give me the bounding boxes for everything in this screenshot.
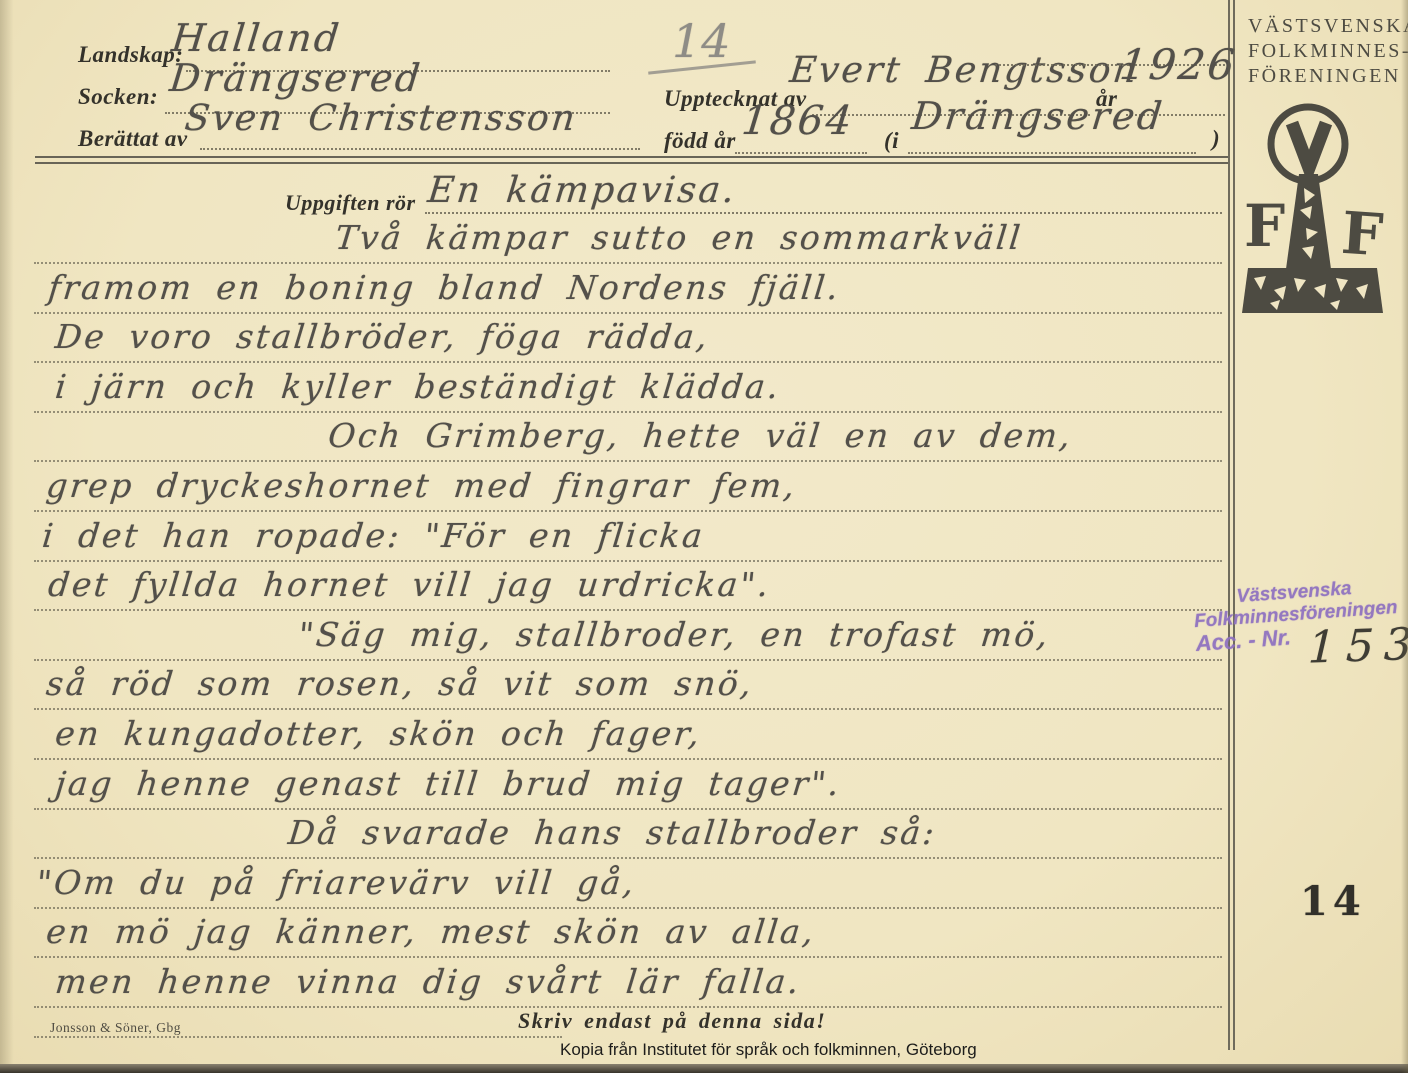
- manuscript-line-6: grep dryckeshornet med fingrar fem,: [43, 466, 798, 514]
- manuscript-line-2: framom en boning bland Nordens fjäll.: [45, 268, 842, 316]
- socken-label: Socken:: [78, 84, 158, 110]
- manuscript-line-14: "Om du på friarevärv vill gå,: [33, 863, 638, 911]
- manuscript-line-9: "Säg mig, stallbroder, en trofast mö,: [295, 615, 1051, 663]
- logo-letter-f-left: F: [1244, 192, 1285, 260]
- society-name-line2: FOLKMINNES-: [1248, 39, 1408, 64]
- fodd-place-open-paren: (i: [884, 128, 899, 154]
- vertical-divider: [1228, 0, 1235, 1050]
- landskap-label: Landskap:: [78, 42, 183, 68]
- society-name-line1: VÄSTSVENSKA: [1248, 14, 1408, 39]
- manuscript-line-11: en kungadotter, skön och fager,: [52, 714, 703, 762]
- fodd-place-value-handwritten: Drängsered: [910, 94, 1167, 138]
- ar-value-handwritten: 1926: [1117, 40, 1239, 89]
- uppgiften-label: Uppgiften rör: [285, 190, 416, 216]
- fodd-label: född år: [664, 128, 736, 154]
- scanned-folklore-record: Landskap: Halland 14 Socken: Drängsered …: [0, 0, 1408, 1073]
- header-divider-double-rule: [35, 156, 1228, 164]
- vff-thors-hammer-logo: F F: [1242, 98, 1384, 318]
- manuscript-line-10: så röd som rosen, så vit som snö,: [43, 664, 755, 712]
- berattat-value-handwritten: Sven Christensson: [183, 98, 579, 139]
- manuscript-line-12: jag henne genast till brud mig tager".: [52, 764, 843, 812]
- manuscript-line-15: en mö jag känner, mest skön av alla,: [43, 912, 817, 960]
- pencil-page-number: 14: [672, 14, 731, 68]
- archive-copy-note: Kopia från Institutet för språk och folk…: [560, 1040, 977, 1060]
- logo-letter-f-right: F: [1339, 199, 1384, 270]
- society-name: VÄSTSVENSKA FOLKMINNES- FÖRENINGEN: [1248, 14, 1408, 89]
- acc-number-handwritten: 1537: [1307, 617, 1408, 673]
- manuscript-line-13: Då svarade hans stallbroder så:: [285, 813, 938, 861]
- scan-bottom-edge: [0, 1064, 1408, 1073]
- berattat-label: Berättat av: [78, 126, 188, 152]
- fodd-place-close-paren: ): [1212, 126, 1220, 152]
- instruction-note: Skriv endast på denna sida!: [518, 1008, 826, 1034]
- manuscript-line-4: i järn och kyller beständigt klädda.: [52, 367, 782, 415]
- page-number-stamp: 14: [1300, 878, 1366, 925]
- manuscript-line-5: Och Grimberg, hette väl en av dem,: [325, 416, 1074, 464]
- fodd-value-handwritten: 1864: [740, 98, 857, 144]
- landskap-value-handwritten: Halland: [170, 16, 344, 60]
- manuscript-line-3: De voro stallbröder, föga rädda,: [52, 317, 711, 365]
- manuscript-title: En kämpavisa.: [426, 170, 739, 211]
- manuscript-line-8: det fyllda hornet vill jag urdricka".: [45, 565, 772, 613]
- society-name-line3: FÖRENINGEN: [1248, 64, 1408, 89]
- printer-credit: Jonsson & Söner, Gbg: [50, 1020, 181, 1036]
- ruled-line-partial: [34, 1036, 562, 1038]
- manuscript-line-1: Två kämpar sutto en sommarkväll: [332, 218, 1024, 266]
- socken-value-handwritten: Drängsered: [168, 56, 425, 100]
- manuscript-line-16: men henne vinna dig svårt lär falla.: [52, 962, 803, 1010]
- logo-letter-v: [1292, 123, 1326, 168]
- manuscript-line-7: i det han ropade: "För en flicka: [39, 516, 706, 564]
